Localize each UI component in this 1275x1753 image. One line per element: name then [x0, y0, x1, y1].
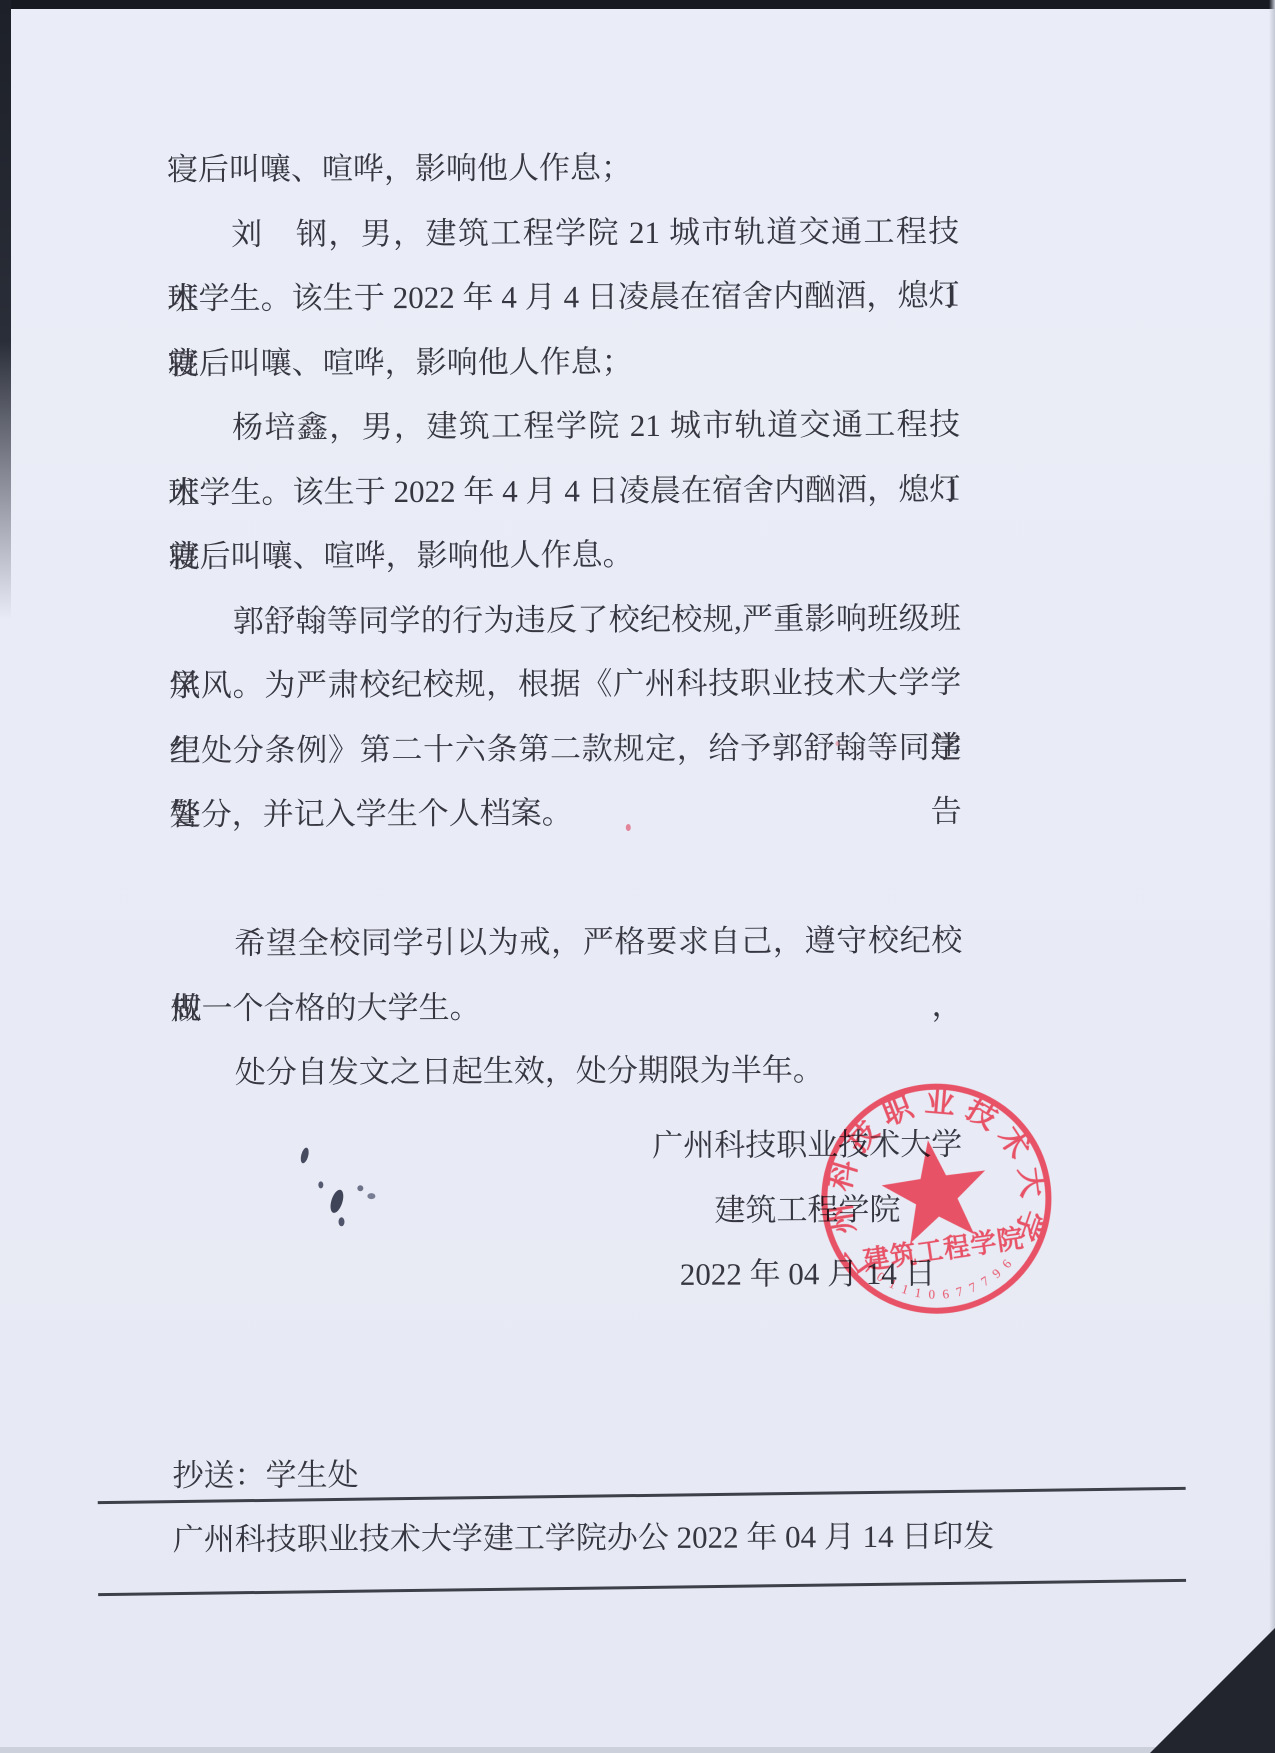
scan-edge-left — [0, 0, 11, 620]
ink-smudge — [357, 1185, 363, 1191]
body-line: 希望全校同学引以为戒，严格要求自己，遵守校纪校规， — [170, 909, 962, 977]
ink-smudge — [367, 1193, 375, 1199]
imprint-line: 广州科技职业技术大学建工学院办公 2022 年 04 月 14 日印发 — [173, 1514, 995, 1562]
body-line: 班学生。该生于 2022 年 4 月 4 日凌晨在宿舍内酗酒，熄灯就 — [167, 264, 959, 332]
footer-divider-bottom — [98, 1579, 1186, 1596]
body-line: 班学生。该生于 2022 年 4 月 4 日凌晨在宿舍内酗酒，熄灯就 — [168, 457, 960, 525]
cc-line: 抄送：学生处 — [173, 1453, 359, 1498]
body-line: 寝后叫嚷、喧哗，影响他人作息。 — [168, 522, 960, 590]
ink-smudge — [299, 1147, 310, 1164]
scan-edge-right — [1269, 0, 1275, 1753]
red-speck — [835, 741, 839, 746]
body-line: 学风。为严肃校纪校规，根据《广州科技职业技术大学学生违 — [169, 651, 961, 719]
red-speck — [626, 824, 631, 831]
body-line: 纪处分条例》第二十六条第二款规定，给予郭舒翰等同学警告 — [169, 715, 961, 783]
scanned-document-page: 寝后叫嚷、喧哗，影响他人作息； 刘 钢，男，建筑工程学院 21 城市轨道交通工程… — [0, 0, 1275, 1753]
document-content: 寝后叫嚷、喧哗，影响他人作息； 刘 钢，男，建筑工程学院 21 城市轨道交通工程… — [0, 0, 1275, 1753]
body-line-blank — [170, 844, 962, 912]
body-line: 郭舒翰等同学的行为违反了校纪校规,严重影响班级班风 — [169, 586, 961, 654]
body-line: 寝后叫嚷、喧哗，影响他人作息； — [168, 328, 960, 396]
ink-smudge — [338, 1217, 344, 1226]
scan-edge-top — [0, 0, 1275, 9]
ink-smudge — [318, 1181, 323, 1188]
ink-smudge — [328, 1188, 346, 1214]
body-line: 刘 钢，男，建筑工程学院 21 城市轨道交通工程技术 1 — [167, 199, 959, 267]
official-seal: 广州科技职业技术大学 建筑工程学院 01110677796 — [789, 1051, 1084, 1346]
body-line: 杨培鑫，男，建筑工程学院 21 城市轨道交通工程技术 1 — [168, 393, 960, 461]
body-line: 寝后叫嚷、喧哗，影响他人作息； — [167, 135, 959, 203]
scan-edge-bottom — [0, 1747, 1275, 1753]
document-body: 寝后叫嚷、喧哗，影响他人作息； 刘 钢，男，建筑工程学院 21 城市轨道交通工程… — [167, 135, 963, 1106]
